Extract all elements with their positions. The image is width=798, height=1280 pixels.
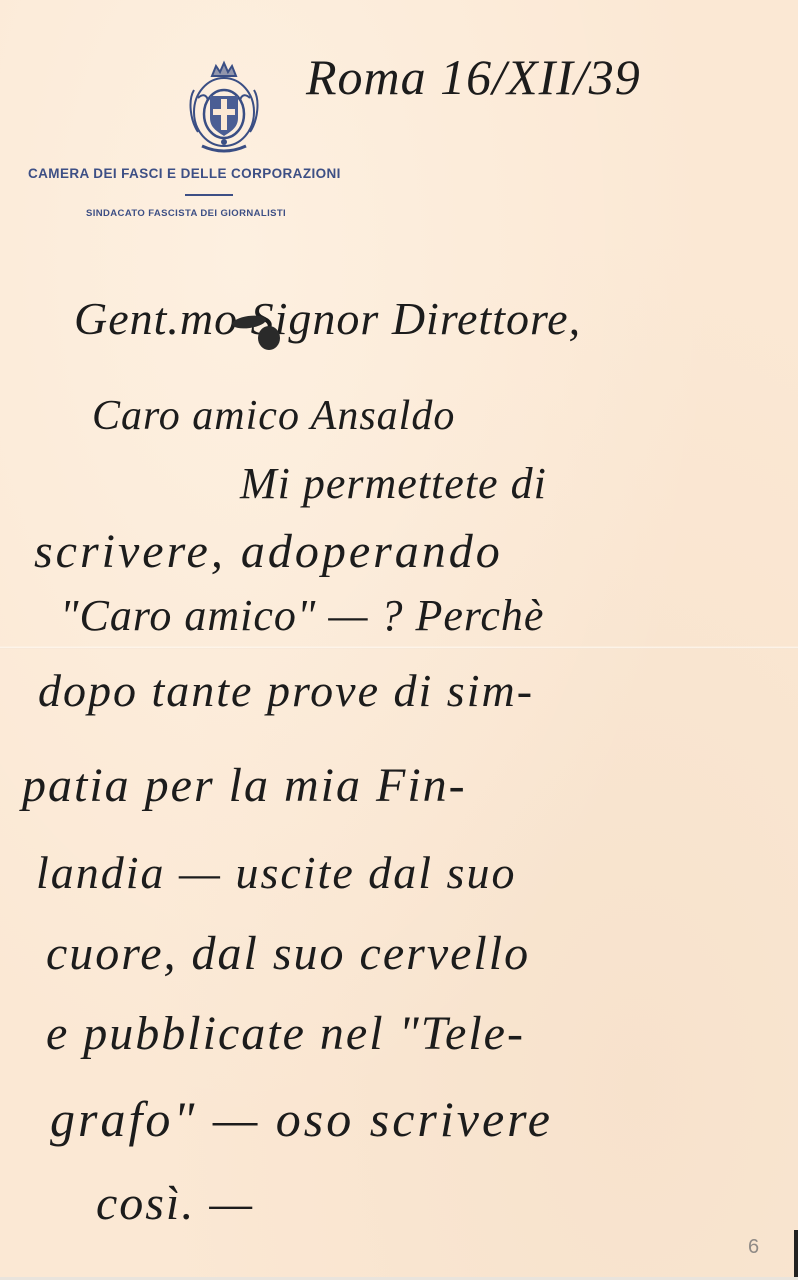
ink-blot (258, 326, 280, 350)
suborganization-name: SINDACATO FASCISTA DEI GIORNALISTI (86, 208, 286, 219)
letter-line: scrivere, adoperando (34, 524, 503, 579)
savoy-coat-of-arms-icon (184, 60, 264, 156)
letter-line: patia per la mia Fin- (22, 758, 467, 813)
letter-line: Mi permettete di (240, 458, 547, 509)
letter-line: Caro amico Ansaldo (92, 392, 455, 440)
letter-line: "Caro amico" — ? Perchè (60, 590, 544, 641)
page-number: 6 (748, 1236, 759, 1259)
letter-line: così. — (96, 1176, 254, 1231)
paper-fold-line (0, 646, 798, 649)
letter-line: e pubblicate nel "Tele- (46, 1006, 525, 1061)
letter-salutation: Gent.mo Signor Direttore, (74, 292, 581, 345)
scan-edge (794, 1230, 798, 1280)
letter-line: landia — uscite dal suo (36, 846, 516, 899)
letter-date: Roma 16/XII/39 (306, 48, 641, 106)
letterhead-divider (185, 194, 233, 196)
organization-name: CAMERA DEI FASCI E DELLE CORPORAZIONI (28, 166, 398, 181)
letter-line: dopo tante prove di sim- (38, 664, 534, 717)
letter-line: grafo" — oso scrivere (50, 1090, 553, 1148)
letter-line: cuore, dal suo cervello (46, 926, 530, 981)
